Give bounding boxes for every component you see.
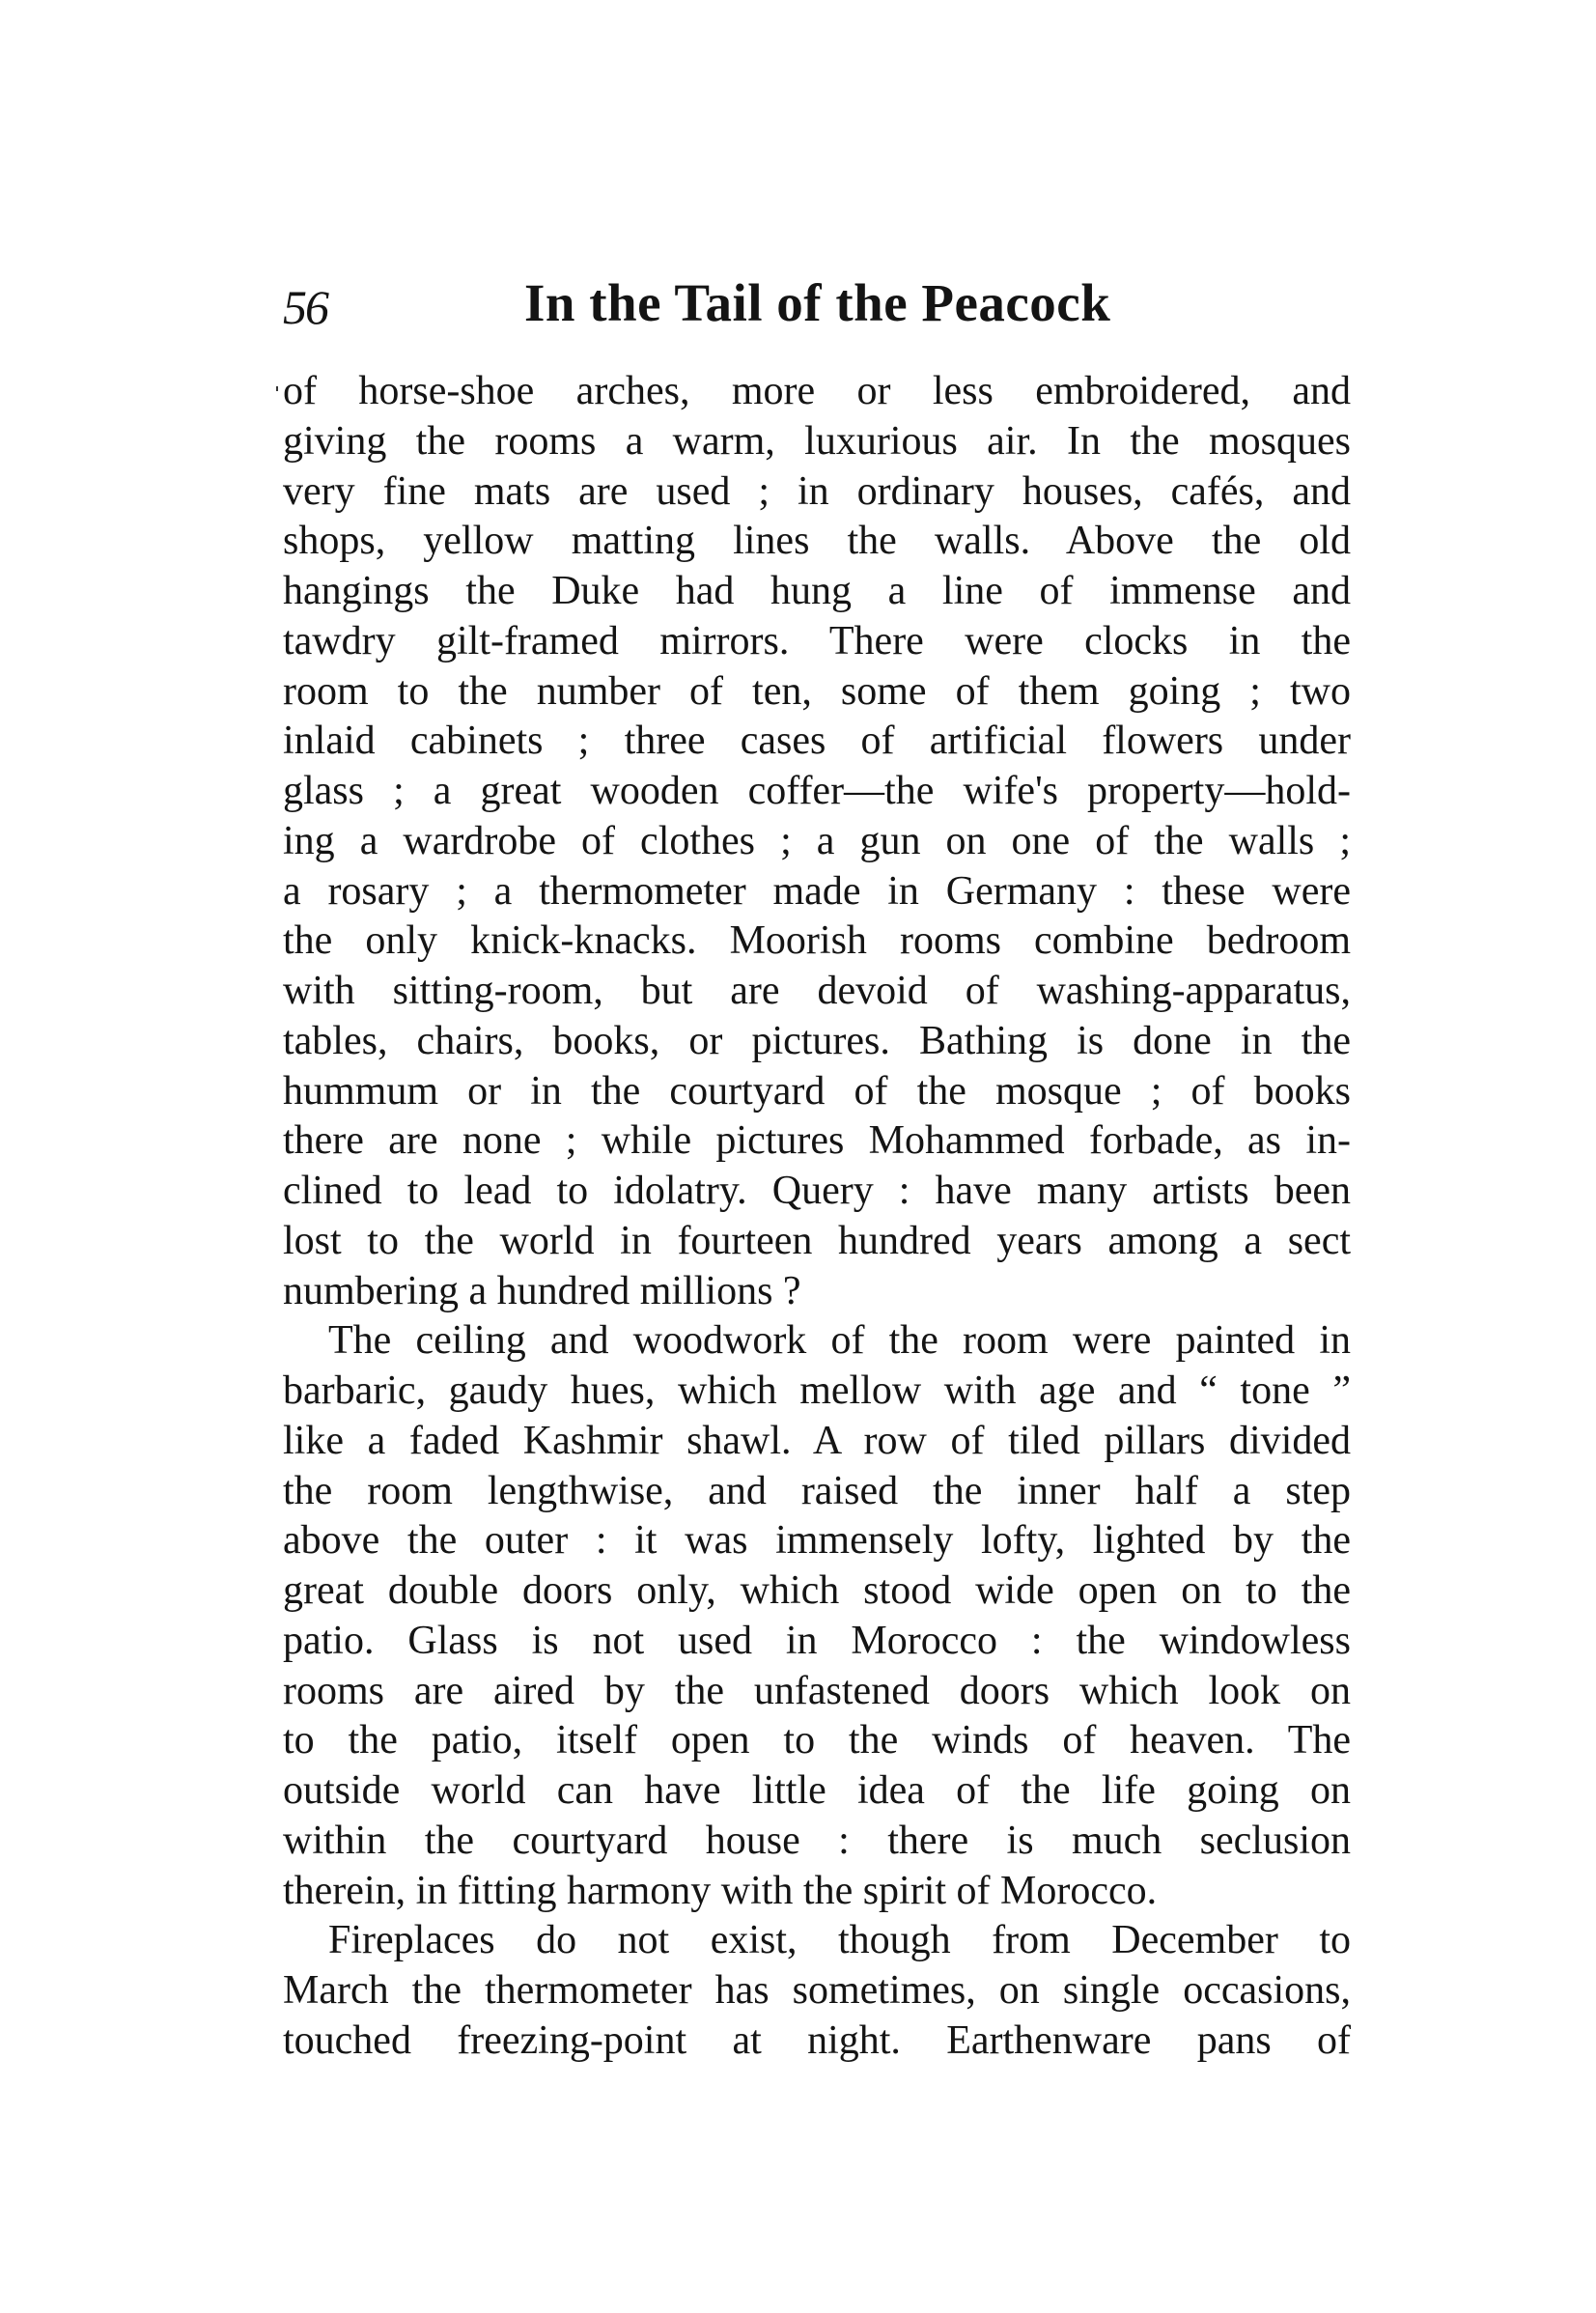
paragraph-3: Fireplaces do not exist, though from Dec… [283,1916,1351,2066]
text-line: patio. Glass is not used in Morocco : th… [283,1617,1351,1667]
page-number: 56 [283,278,327,336]
text-line: rooms are aired by the unfastened doors … [283,1667,1351,1717]
text-line: barbaric, gaudy hues, which mellow with … [283,1367,1351,1417]
text-line: clined to lead to idolatry. Query : have… [283,1167,1351,1217]
text-line: to the patio, itself open to the winds o… [283,1716,1351,1766]
paragraph-1: of horse-shoe arches, more or less embro… [283,367,1351,1316]
text-line: giving the rooms a warm, luxurious air. … [283,417,1351,467]
text-line: The ceiling and woodwork of the room wer… [283,1316,1351,1367]
text-line: glass ; a great wooden coffer—the wife's… [283,767,1351,817]
text-line: tawdry gilt-framed mirrors. There were c… [283,617,1351,667]
text-line: ing a wardrobe of clothes ; a gun on one… [283,817,1351,867]
running-title: In the Tail of the Peacock [524,274,1110,332]
text-line: the room lengthwise, and raised the inne… [283,1467,1351,1517]
text-line: touched freezing-point at night. Earthen… [283,2017,1351,2067]
text-line: very fine mats are used ; in ordinary ho… [283,467,1351,518]
body-text: of horse-shoe arches, more or less embro… [283,367,1351,2067]
text-line: outside world can have little idea of th… [283,1766,1351,1817]
paragraph-2: The ceiling and woodwork of the room wer… [283,1316,1351,1916]
text-line: therein, in fitting harmony with the spi… [283,1867,1351,1917]
text-line: hangings the Duke had hung a line of imm… [283,567,1351,617]
text-line: above the outer : it was immensely lofty… [283,1516,1351,1566]
text-line: with sitting-room, but are devoid of was… [283,967,1351,1017]
text-line: room to the number of ten, some of them … [283,667,1351,718]
text-line: Fireplaces do not exist, though from Dec… [283,1916,1351,1966]
text-line: March the thermometer has sometimes, on … [283,1966,1351,2017]
print-speck [276,386,278,391]
text-line: the only knick-knacks. Moorish rooms com… [283,917,1351,967]
text-line: of horse-shoe arches, more or less embro… [283,367,1351,417]
text-line: tables, chairs, books, or pictures. Bath… [283,1017,1351,1067]
text-line: great double doors only, which stood wid… [283,1566,1351,1617]
text-line: a rosary ; a thermometer made in Germany… [283,867,1351,917]
running-head: 56 In the Tail of the Peacock [283,274,1351,332]
text-line: inlaid cabinets ; three cases of artific… [283,717,1351,767]
text-line: lost to the world in fourteen hundred ye… [283,1217,1351,1267]
text-line: within the courtyard house : there is mu… [283,1817,1351,1867]
text-line: there are none ; while pictures Mohammed… [283,1116,1351,1167]
text-line: numbering a hundred millions ? [283,1267,1351,1317]
text-line: hummum or in the courtyard of the mosque… [283,1067,1351,1117]
text-line: like a faded Kashmir shawl. A row of til… [283,1417,1351,1467]
book-page: 56 In the Tail of the Peacock of horse-s… [0,0,1596,2313]
text-line: shops, yellow matting lines the walls. A… [283,517,1351,567]
